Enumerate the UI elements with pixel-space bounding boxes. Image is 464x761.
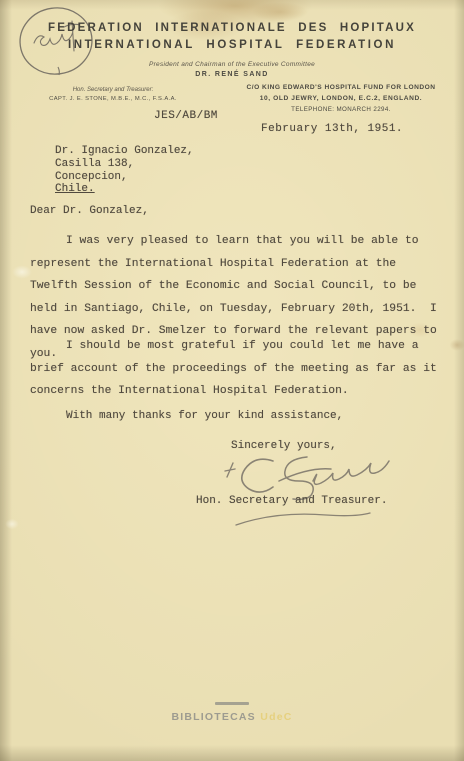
office-telephone: TELEPHONE: MONARCH 2294.: [238, 106, 444, 113]
thanks-line: With many thanks for your kind assistanc…: [30, 410, 446, 422]
signature-letters-tone: [279, 457, 389, 499]
president-name: DR. RENÉ SAND: [0, 71, 464, 78]
secretary-block: Hon. Secretary and Treasurer: CAPT. J. E…: [28, 87, 198, 102]
office-address-line1: C/O KING EDWARD'S HOSPITAL FUND FOR LOND…: [238, 84, 444, 91]
recipient-country: Chile.: [55, 183, 194, 196]
office-address-line2: 10, OLD JEWRY, LONDON, E.C.2, ENGLAND.: [238, 95, 444, 102]
watermark-bar: [215, 702, 249, 705]
letter-date: February 13th, 1951.: [261, 123, 403, 135]
library-watermark: BIBLIOTECAS UdeC: [0, 702, 464, 725]
reference-code: JES/AB/BM: [154, 110, 218, 122]
flourish-stroke: [236, 513, 370, 525]
watermark-text-gray: BIBLIOTECAS: [171, 711, 255, 723]
office-address-block: C/O KING EDWARD'S HOSPITAL FUND FOR LOND…: [238, 84, 444, 113]
org-name-english: INTERNATIONAL HOSPITAL FEDERATION: [0, 39, 464, 51]
watermark-text-yellow: UdeC: [260, 711, 292, 723]
secretary-title: Hon. Secretary and Treasurer:: [28, 87, 198, 93]
secretary-name: CAPT. J. E. STONE, M.B.E., M.C., F.S.A.A…: [28, 96, 198, 102]
recipient-po-box: Casilla 138,: [55, 158, 194, 171]
signer-title: Hon. Secretary and Treasurer.: [196, 495, 387, 507]
body-paragraph-2: I should be most grateful if you could l…: [30, 335, 446, 403]
letter-page: FEDERATION INTERNATIONALE DES HOPITAUX I…: [0, 0, 464, 761]
recipient-address: Dr. Ignacio Gonzalez, Casilla 138, Conce…: [55, 145, 194, 196]
signature-flourish: [228, 509, 378, 529]
recipient-city: Concepcion,: [55, 171, 194, 184]
org-name-french: FEDERATION INTERNATIONALE DES HOPITAUX: [0, 22, 464, 34]
salutation: Dear Dr. Gonzalez,: [30, 205, 149, 217]
signature-initial-mark: [225, 463, 235, 477]
signature-letter-c: [242, 459, 273, 492]
recipient-name: Dr. Ignacio Gonzalez,: [55, 145, 194, 158]
president-title: President and Chairman of the Executive …: [0, 61, 464, 68]
